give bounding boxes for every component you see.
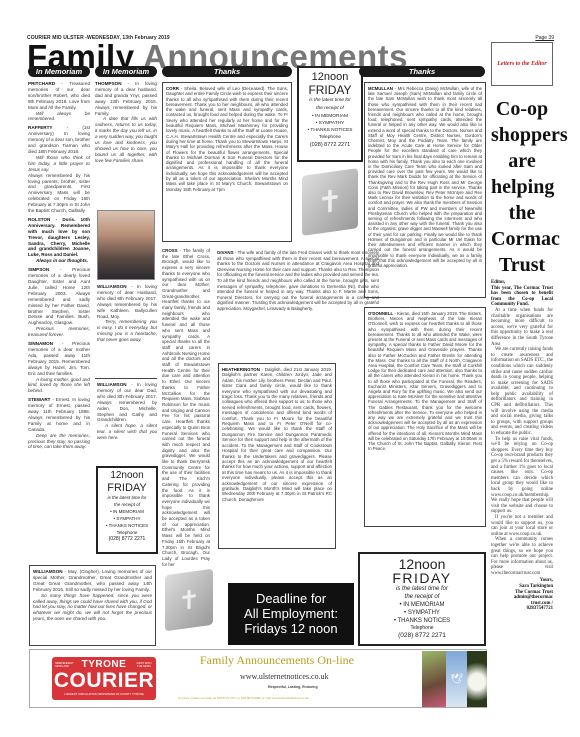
brand-courier: COURIER xyxy=(52,670,156,692)
deadline-item-thanks: • THANKS NOTICES xyxy=(98,522,156,529)
online-ad-photo-dove: 🕊 xyxy=(446,651,467,707)
deadline-line3: is the latest time for xyxy=(299,97,361,105)
section-header-in-memoriam-2: In Memoriam xyxy=(95,66,157,77)
coop-body: Editor, This year, The Cormac Trust has … xyxy=(491,280,553,612)
notice-williamson-dad: WILLIAMSON - In loving memory of our dea… xyxy=(97,382,157,441)
column-in-memoriam-2: In Memoriam THOMPSON - In loving memory … xyxy=(95,66,157,167)
deadline-tel-label: Telephone xyxy=(98,529,156,536)
deadline-tel-label: Telephone xyxy=(299,134,361,142)
deadline-line2: FRIDAY xyxy=(360,571,484,585)
deadline-line1: 12noon xyxy=(98,470,156,482)
section-header-thanks: Thanks xyxy=(162,66,292,77)
online-ad-title: Family Announcements On-line xyxy=(200,653,354,668)
deadline-item-memoriam: • IN MEMORIAM xyxy=(98,508,156,515)
memoriam-list-1: PRITCHARD - Treasured memories of our de… xyxy=(28,81,90,450)
deadline-item-sympathy: • SYMPATHY xyxy=(299,120,361,127)
notice-williamson-husband: WILLIAMSON - In loving memory of dear Hu… xyxy=(97,284,157,343)
letters-to-editor-logo: Letters to the Editor xyxy=(491,42,553,86)
online-ad-url[interactable]: www.ulsternetnotices.co.uk xyxy=(240,672,329,681)
deadline-item-sympathy: • SYMPATHY xyxy=(98,515,156,522)
deadline-line2: FRIDAY xyxy=(98,482,156,494)
deadline-notice-box-large: 12noon FRIDAY is the latest time for the… xyxy=(358,552,486,646)
letters-logo-text: Letters to the Editor xyxy=(497,61,547,67)
section-header-thanks-2: Thanks xyxy=(359,66,485,77)
notice-givans: GIVANS - The wife and family of the late… xyxy=(217,250,379,312)
deadline-notice-box-middle: 12noon FRIDAY is the latest time for the… xyxy=(297,66,363,162)
notice-williamson-may: WILLIAMSON - May, (Clogher). Loving memo… xyxy=(29,565,156,646)
deadline-line3: is the latest time for xyxy=(98,494,156,501)
column-thanks-1: Thanks xyxy=(162,66,292,77)
employment-line2: All Employment: xyxy=(228,606,354,621)
deadline-item-thanks: • THANKS NOTICES xyxy=(360,617,484,625)
deadline-notice-box-small: 12noon FRIDAY is the latest time for the… xyxy=(96,466,158,554)
deadline-line3: is the latest time for xyxy=(360,585,484,593)
notice-odonnell: O'DONNELL - Kieran, died 15th January 20… xyxy=(364,307,486,527)
deadline-tel: (028) 8772 2271 xyxy=(299,142,361,149)
notice-pritchard: PRITCHARD - Treasured memories of our de… xyxy=(28,81,90,122)
deadline-item-memoriam: • IN MEMORIAM xyxy=(299,113,361,120)
notice-sinnamon: SINNAMON - Precious memories of a dear m… xyxy=(28,341,90,394)
deadline-item-thanks: • THANKS NOTICES xyxy=(299,127,361,134)
deadline-tel: (028) 8772 2271 xyxy=(360,632,484,640)
memorial-photo xyxy=(97,210,155,280)
notice-rolston: ROLSTON - Doris. 10th Anniversary. Remem… xyxy=(28,217,90,264)
deadline-line1: 12noon xyxy=(360,557,484,571)
bible-cross-image-2: ✝ xyxy=(165,569,213,632)
online-ad-contact: To place contact our team on 028 8772 22… xyxy=(178,696,308,700)
coop-signoff: Yours, Sara Tarkington The Cormac Trust … xyxy=(491,578,553,612)
employment-line3: Fridays 12 noon xyxy=(228,621,354,636)
notice-rafferty: RAFFERTY - (1st Anniversary) In loving m… xyxy=(28,125,90,214)
column-thanks-2: Thanks xyxy=(359,66,485,77)
section-header-in-memoriam: In Memoriam xyxy=(28,66,90,77)
notice-heatherington: HEATHERINGTON - Dalglish, died 21st Janu… xyxy=(218,363,336,549)
deadline-tel-label: Telephone xyxy=(360,625,484,632)
deadline-item-sympathy: • SYMPATHY xyxy=(360,609,484,617)
notice-mcmullan: MCMULLAN - Mrs Rebecca (Daisy) McMullan,… xyxy=(364,82,486,298)
employment-deadline-ad: Deadline for All Employment: Fridays 12 … xyxy=(228,583,354,645)
deadline-item-memoriam: • IN MEMORIAM xyxy=(360,601,484,609)
notice-thompson: THOMPSON - In loving memory of a dear hu… xyxy=(95,81,157,164)
notice-cross: CROSS - The family of the late Ethel Cro… xyxy=(162,248,210,567)
online-ad-slogan: Respectful, Lasting, Enduring xyxy=(268,685,318,689)
coop-letter: Co-op shoppers are helping the Cormac Tr… xyxy=(491,96,553,612)
deadline-line4: the receipt of xyxy=(299,105,361,113)
online-ad-photo-lily xyxy=(467,651,487,707)
bible-cross-image: ✝ xyxy=(302,168,358,236)
notice-stewart: STEWART - Ernest. In loving memory of Er… xyxy=(28,397,90,450)
bottom-banner: INDEPENDENT NEWS AND TYRONE FIRST WITH T… xyxy=(29,649,487,708)
divider xyxy=(95,378,157,379)
deadline-line2: FRIDAY xyxy=(299,84,361,97)
deadline-tel: (028) 8772 2271 xyxy=(98,536,156,543)
column-in-memoriam-1: In Memoriam PRITCHARD - Treasured memori… xyxy=(28,66,90,453)
tyrone-courier-logo: INDEPENDENT NEWS AND TYRONE FIRST WITH T… xyxy=(52,657,156,700)
memoriam-list-2: THOMPSON - In loving memory of a dear hu… xyxy=(95,81,157,164)
deadline-line4: the receipt of xyxy=(360,593,484,601)
page-number: Page 39 xyxy=(535,35,554,41)
employment-line1: Deadline for xyxy=(228,591,354,606)
notice-corr: CORR - Sheila. Beloved wife of Leo (Dece… xyxy=(162,82,292,242)
online-ad-photo-child xyxy=(422,651,446,707)
coop-headline: Co-op shoppers are helping the Cormac Tr… xyxy=(491,96,553,278)
notice-simpson: SIMPSON - Precious memories of a dearly … xyxy=(28,267,90,338)
deadline-line4: the receipt of xyxy=(98,501,156,508)
